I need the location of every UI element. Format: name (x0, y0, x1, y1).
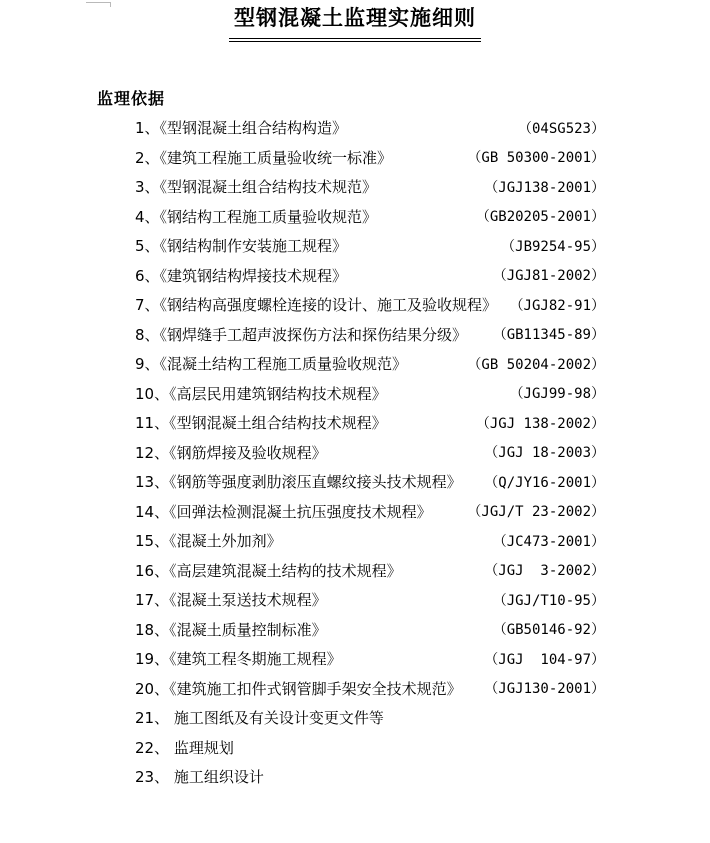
reference-code: （Q/JY16-2001） (484, 472, 605, 492)
reference-label: 21、 施工图纸及有关设计变更文件等 (135, 707, 384, 728)
reference-item: 6、《建筑钢结构焊接技术规程》（JGJ81-2002） (135, 261, 605, 291)
document-page: 型钢混凝土监理实施细则 监理依据 1、《型钢混凝土组合结构构造》（04SG523… (0, 0, 710, 843)
title-area: 型钢混凝土监理实施细则 (0, 5, 710, 42)
reference-item: 12、《钢筋焊接及验收规程》（JGJ 18-2003） (135, 438, 605, 468)
reference-code: （JGJ81-2002） (493, 265, 605, 285)
reference-code: （GB 50204-2002） (467, 354, 605, 374)
reference-code: （GB 50300-2001） (467, 147, 605, 167)
reference-label: 14、《回弹法检测混凝土抗压强度技术规程》 (135, 501, 432, 522)
reference-label: 15、《混凝土外加剂》 (135, 530, 282, 551)
reference-label: 5、《钢结构制作安装施工规程》 (135, 235, 347, 256)
reference-label: 17、《混凝土泵送技术规程》 (135, 589, 327, 610)
reference-code: （GB20205-2001） (476, 206, 605, 226)
reference-code: （JB9254-95） (501, 236, 605, 256)
reference-code: （JGJ130-2001） (484, 678, 605, 698)
reference-code: （JGJ138-2001） (484, 177, 605, 197)
reference-label: 2、《建筑工程施工质量验收统一标准》 (135, 147, 392, 168)
reference-code: （GB50146-92） (493, 619, 605, 639)
reference-label: 16、《高层建筑混凝土结构的技术规程》 (135, 560, 402, 581)
reference-item: 4、《钢结构工程施工质量验收规范》（GB20205-2001） (135, 202, 605, 232)
reference-label: 19、《建筑工程冬期施工规程》 (135, 648, 342, 669)
reference-code: （JGJ 138-2002） (476, 413, 605, 433)
reference-label: 4、《钢结构工程施工质量验收规范》 (135, 206, 377, 227)
reference-item: 9、《混凝土结构工程施工质量验收规范》（GB 50204-2002） (135, 349, 605, 379)
reference-label: 13、《钢筋等强度剥肋滚压直螺纹接头技术规程》 (135, 471, 462, 492)
reference-label: 8、《钢焊缝手工超声波探伤方法和探伤结果分级》 (135, 324, 467, 345)
reference-label: 1、《型钢混凝土组合结构构造》 (135, 117, 347, 138)
reference-code: （JGJ99-98） (510, 383, 605, 403)
reference-label: 12、《钢筋焊接及验收规程》 (135, 442, 327, 463)
reference-label: 11、《型钢混凝土组合结构技术规程》 (135, 412, 387, 433)
reference-item: 20、《建筑施工扣件式钢管脚手架安全技术规范》（JGJ130-2001） (135, 674, 605, 704)
reference-item: 7、《钢结构高强度螺栓连接的设计、施工及验收规程》（JGJ82-91） (135, 290, 605, 320)
reference-item: 19、《建筑工程冬期施工规程》（JGJ 104-97） (135, 644, 605, 674)
reference-code: （JGJ 104-97） (484, 649, 605, 669)
reference-code: （JGJ 18-2003） (484, 442, 605, 462)
reference-item: 5、《钢结构制作安装施工规程》（JB9254-95） (135, 231, 605, 261)
reference-item: 13、《钢筋等强度剥肋滚压直螺纹接头技术规程》（Q/JY16-2001） (135, 467, 605, 497)
reference-item: 1、《型钢混凝土组合结构构造》（04SG523） (135, 113, 605, 143)
reference-label: 18、《混凝土质量控制标准》 (135, 619, 327, 640)
reference-code: （JGJ/T 23-2002） (467, 501, 605, 521)
reference-code: （04SG523） (518, 118, 605, 138)
reference-item: 11、《型钢混凝土组合结构技术规程》（JGJ 138-2002） (135, 408, 605, 438)
reference-label: 6、《建筑钢结构焊接技术规程》 (135, 265, 347, 286)
reference-label: 20、《建筑施工扣件式钢管脚手架安全技术规范》 (135, 678, 462, 699)
reference-code: （JGJ82-91） (510, 295, 605, 315)
reference-label: 9、《混凝土结构工程施工质量验收规范》 (135, 353, 407, 374)
reference-label: 22、 监理规划 (135, 737, 234, 758)
document-title: 型钢混凝土监理实施细则 (229, 5, 481, 42)
reference-label: 7、《钢结构高强度螺栓连接的设计、施工及验收规程》 (135, 294, 497, 315)
reference-item: 3、《型钢混凝土组合结构技术规范》（JGJ138-2001） (135, 172, 605, 202)
reference-item: 23、 施工组织设计 (135, 762, 605, 792)
reference-code: （JGJ 3-2002） (484, 560, 605, 580)
reference-item: 16、《高层建筑混凝土结构的技术规程》（JGJ 3-2002） (135, 556, 605, 586)
reference-code: （JGJ/T10-95） (493, 590, 605, 610)
reference-label: 3、《型钢混凝土组合结构技术规范》 (135, 176, 377, 197)
reference-item: 17、《混凝土泵送技术规程》（JGJ/T10-95） (135, 585, 605, 615)
reference-item: 10、《高层民用建筑钢结构技术规程》（JGJ99-98） (135, 379, 605, 409)
reference-code: （GB11345-89） (493, 324, 605, 344)
reference-label: 10、《高层民用建筑钢结构技术规程》 (135, 383, 387, 404)
reference-item: 2、《建筑工程施工质量验收统一标准》（GB 50300-2001） (135, 143, 605, 173)
reference-list: 1、《型钢混凝土组合结构构造》（04SG523）2、《建筑工程施工质量验收统一标… (135, 113, 605, 792)
reference-item: 18、《混凝土质量控制标准》（GB50146-92） (135, 615, 605, 645)
reference-item: 21、 施工图纸及有关设计变更文件等 (135, 703, 605, 733)
reference-item: 22、 监理规划 (135, 733, 605, 763)
reference-item: 8、《钢焊缝手工超声波探伤方法和探伤结果分级》（GB11345-89） (135, 320, 605, 350)
reference-item: 15、《混凝土外加剂》（JC473-2001） (135, 526, 605, 556)
reference-item: 14、《回弹法检测混凝土抗压强度技术规程》（JGJ/T 23-2002） (135, 497, 605, 527)
reference-code: （JC473-2001） (493, 531, 605, 551)
reference-label: 23、 施工组织设计 (135, 766, 264, 787)
section-heading: 监理依据 (97, 86, 165, 109)
